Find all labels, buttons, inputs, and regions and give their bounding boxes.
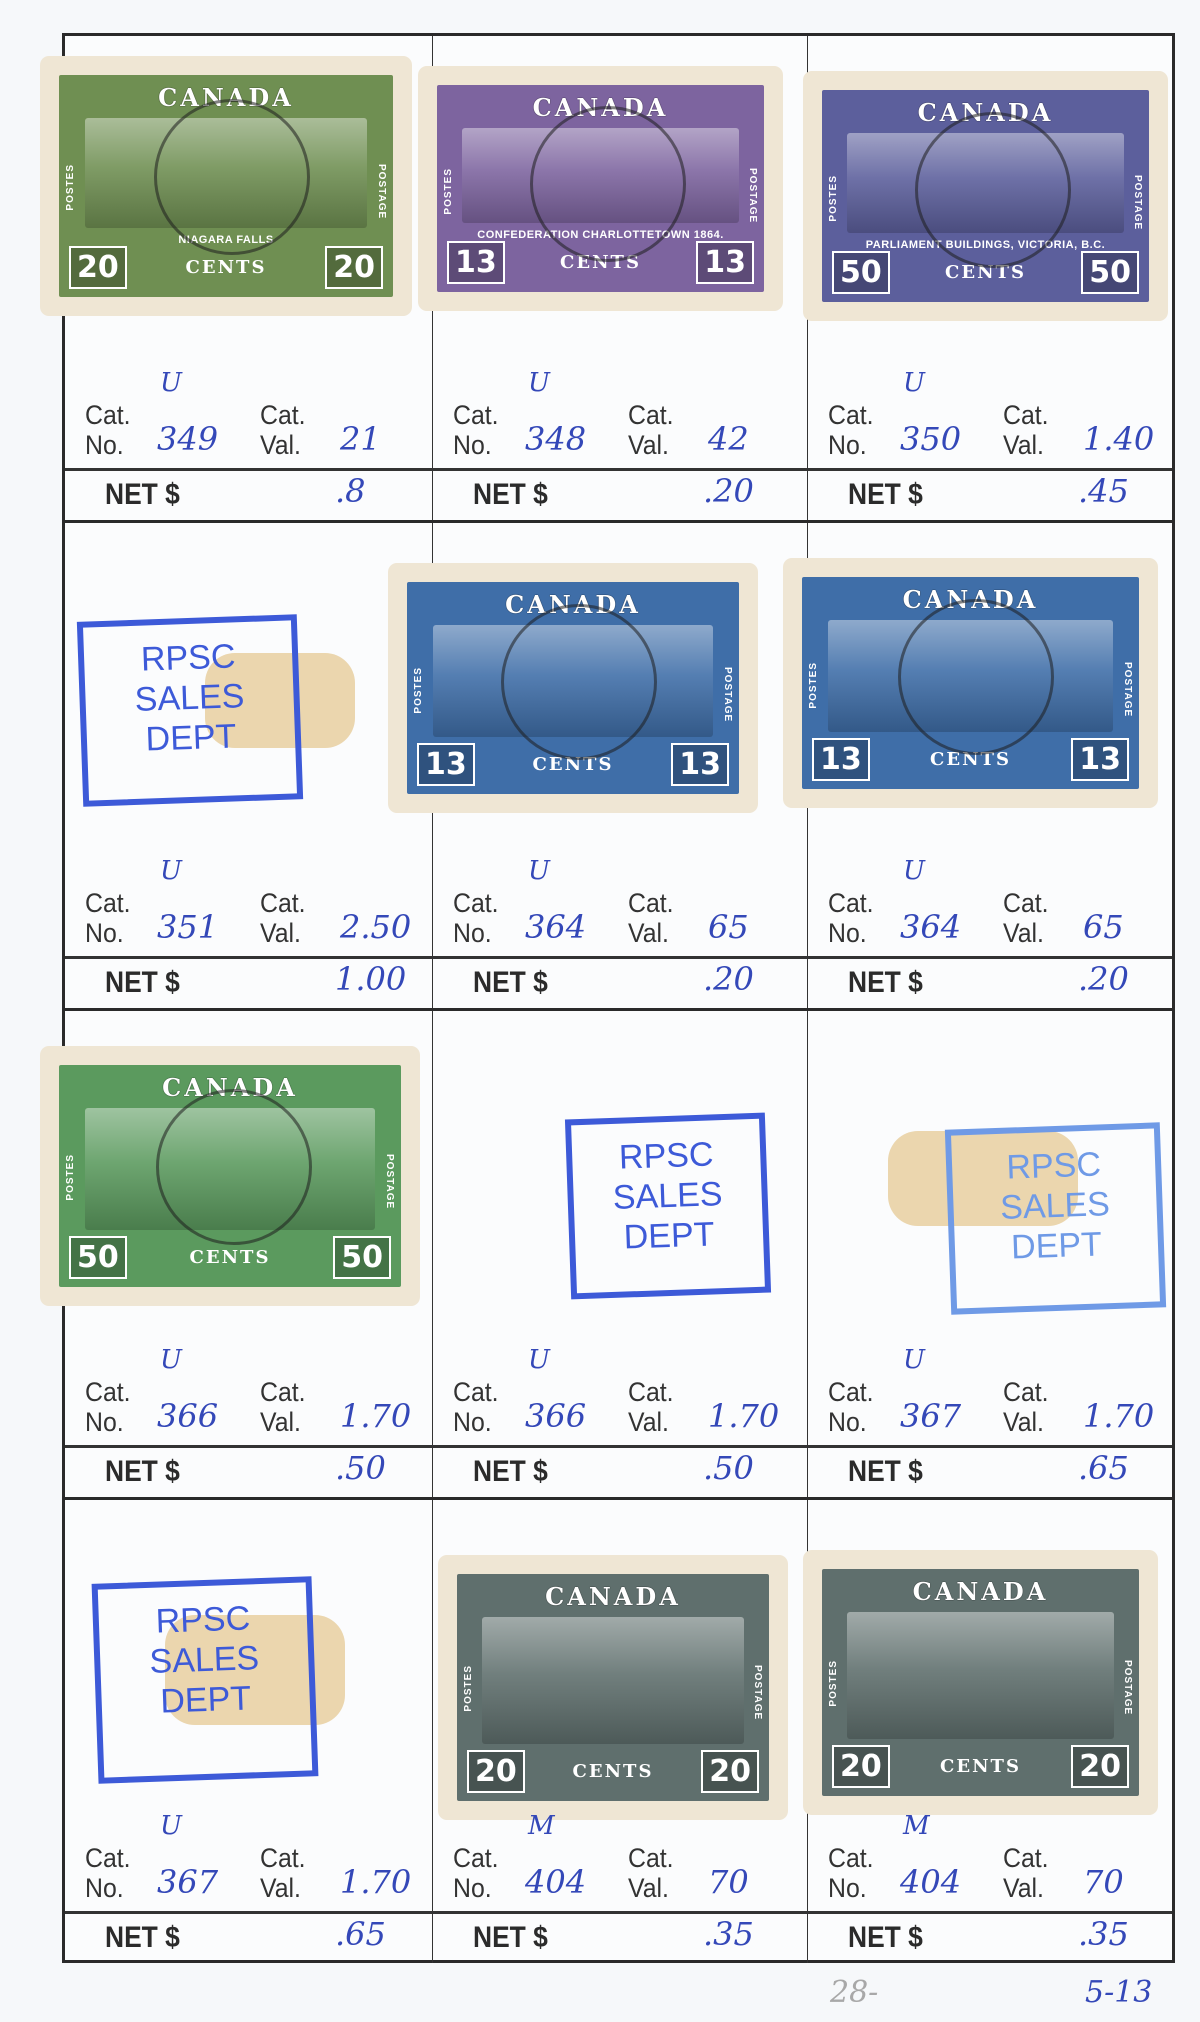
cat-val-value: 1.40 bbox=[1083, 422, 1154, 456]
condition-mark: U bbox=[528, 366, 550, 400]
sheet-row: CANADA NIAGARA FALLS 20 CENTS 20 POSTES … bbox=[65, 36, 1172, 523]
catalog-info: M Cat.No. 404 Cat.Val. 70 NET $ .35 bbox=[433, 1813, 807, 1963]
cat-no-value: 350 bbox=[900, 422, 961, 456]
catalog-info: M Cat.No. 404 Cat.Val. 70 NET $ .35 bbox=[808, 1813, 1172, 1963]
stamp-slot[interactable]: RPSC SALES DEPT U Cat.No. 367 Cat.Val. 1… bbox=[808, 1011, 1172, 1497]
rpsc-sales-dept-stamp: RPSC SALES DEPT bbox=[565, 1113, 771, 1300]
stamp-denomination: 50 bbox=[832, 251, 890, 294]
catalog-info: U Cat.No. 348 Cat.Val. 42 NET $ .20 bbox=[433, 370, 807, 520]
cat-no-label: Cat.No. bbox=[828, 1843, 874, 1903]
cat-val-label: Cat.Val. bbox=[628, 1377, 674, 1437]
cat-val-label: Cat.Val. bbox=[628, 1843, 674, 1903]
stamp-denomination: 20 bbox=[467, 1750, 525, 1793]
cat-val-value: 70 bbox=[708, 1865, 749, 1899]
condition-mark: U bbox=[903, 854, 925, 888]
catalog-line: U Cat.No. 364 Cat.Val. 65 bbox=[433, 858, 807, 959]
postage-stamp[interactable]: CANADA 50 CENTS 50 POSTES POSTAGE bbox=[45, 1051, 415, 1301]
stamp-slot[interactable]: CANADA CONFEDERATION CHARLOTTETOWN 1864.… bbox=[433, 36, 808, 520]
stamp-denomination: 13 bbox=[671, 743, 729, 786]
stamp-side-postage: POSTAGE bbox=[384, 1154, 395, 1209]
cat-val-value: 21 bbox=[340, 422, 381, 456]
sales-stamp-line: DEPT bbox=[121, 1677, 290, 1723]
catalog-line: U Cat.No. 366 Cat.Val. 1.70 bbox=[65, 1347, 432, 1448]
condition-mark: U bbox=[160, 366, 182, 400]
cat-val-label: Cat.Val. bbox=[260, 400, 306, 460]
net-price-value: .35 bbox=[703, 1917, 754, 1951]
cat-no-label: Cat.No. bbox=[453, 888, 499, 948]
postage-stamp[interactable]: CANADA 20 CENTS 20 POSTES POSTAGE bbox=[808, 1555, 1153, 1810]
stamp-side-postes: POSTES bbox=[828, 1660, 839, 1707]
cat-no-value: 404 bbox=[900, 1865, 961, 1899]
postage-stamp[interactable]: CANADA 13 CENTS 13 POSTES POSTAGE bbox=[788, 563, 1153, 803]
cat-no-label: Cat.No. bbox=[85, 1377, 131, 1437]
net-price-label: NET $ bbox=[105, 478, 180, 512]
sales-stamp-line: DEPT bbox=[974, 1223, 1138, 1269]
catalog-line: U Cat.No. 348 Cat.Val. 42 bbox=[433, 370, 807, 471]
cat-val-label: Cat.Val. bbox=[260, 888, 306, 948]
cat-val-value: 1.70 bbox=[340, 1865, 411, 1899]
net-price-value: .35 bbox=[1078, 1917, 1129, 1951]
catalog-line: U Cat.No. 351 Cat.Val. 2.50 bbox=[65, 858, 432, 959]
cat-val-value: 1.70 bbox=[340, 1399, 411, 1433]
sales-stamp-line: DEPT bbox=[106, 715, 275, 761]
stamp-side-postage: POSTAGE bbox=[1122, 1660, 1133, 1715]
stamp-side-postage: POSTAGE bbox=[752, 1665, 763, 1720]
condition-mark: U bbox=[160, 854, 182, 888]
stamp-denomination: 13 bbox=[1071, 738, 1129, 781]
catalog-line: M Cat.No. 404 Cat.Val. 70 bbox=[808, 1813, 1172, 1914]
postage-stamp[interactable]: CANADA NIAGARA FALLS 20 CENTS 20 POSTES … bbox=[45, 61, 407, 311]
net-price-label: NET $ bbox=[848, 1455, 923, 1489]
stamp-slot[interactable]: RPSC SALES DEPT U Cat.No. 351 Cat.Val. 2… bbox=[65, 523, 433, 1008]
cat-val-value: 65 bbox=[708, 910, 749, 944]
stamp-slot[interactable]: CANADA PARLIAMENT BUILDINGS, VICTORIA, B… bbox=[808, 36, 1172, 520]
stamp-slot[interactable]: RPSC SALES DEPT U Cat.No. 366 Cat.Val. 1… bbox=[433, 1011, 808, 1497]
cat-no-label: Cat.No. bbox=[85, 400, 131, 460]
cat-no-value: 364 bbox=[900, 910, 961, 944]
stamp-country: CANADA bbox=[913, 1577, 1049, 1606]
stamp-country: CANADA bbox=[545, 1582, 681, 1611]
stamp-cents: CENTS bbox=[940, 1756, 1021, 1777]
stamp-side-postes: POSTES bbox=[828, 175, 839, 222]
stamp-slot[interactable]: CANADA 50 CENTS 50 POSTES POSTAGE bbox=[65, 1011, 433, 1497]
cat-val-value: 1.70 bbox=[708, 1399, 779, 1433]
sales-stamp-line: SALES bbox=[105, 675, 274, 721]
condition-mark: M bbox=[903, 1809, 930, 1843]
postmark-cancel bbox=[156, 1089, 312, 1245]
net-price-label: NET $ bbox=[848, 1921, 923, 1955]
net-price-value: .8 bbox=[335, 474, 366, 508]
cat-val-label: Cat.Val. bbox=[260, 1377, 306, 1437]
net-price-value: .45 bbox=[1078, 474, 1129, 508]
stamp-denomination: 50 bbox=[1081, 251, 1139, 294]
sales-stamp-line: RPSC bbox=[104, 635, 273, 681]
postage-stamp[interactable]: CANADA 20 CENTS 20 POSTES POSTAGE bbox=[443, 1560, 783, 1815]
stamp-side-postes: POSTES bbox=[65, 1154, 76, 1201]
cat-val-value: 70 bbox=[1083, 1865, 1124, 1899]
stamp-denomination: 20 bbox=[69, 246, 127, 289]
stamp-side-postage: POSTAGE bbox=[376, 164, 387, 219]
stamp-denomination: 50 bbox=[69, 1236, 127, 1279]
postage-stamp[interactable]: CANADA 13 CENTS 13 POSTES POSTAGE bbox=[393, 568, 753, 808]
stamp-side-postes: POSTES bbox=[808, 662, 819, 709]
sales-stamp-line: DEPT bbox=[594, 1213, 743, 1258]
catalog-info: U Cat.No. 350 Cat.Val. 1.40 NET $ .45 bbox=[808, 370, 1172, 520]
catalog-line: U Cat.No. 349 Cat.Val. 21 bbox=[65, 370, 432, 471]
stamp-cents: CENTS bbox=[190, 1247, 271, 1268]
cat-no-label: Cat.No. bbox=[85, 888, 131, 948]
catalog-line: U Cat.No. 364 Cat.Val. 65 bbox=[808, 858, 1172, 959]
net-price-label: NET $ bbox=[473, 1921, 548, 1955]
postage-stamp[interactable]: CANADA PARLIAMENT BUILDINGS, VICTORIA, B… bbox=[808, 76, 1163, 316]
catalog-info: U Cat.No. 349 Cat.Val. 21 NET $ .8 bbox=[65, 370, 432, 520]
stamp-denomination: 20 bbox=[701, 1750, 759, 1793]
stamp-denomination: 50 bbox=[333, 1236, 391, 1279]
net-price-value: .20 bbox=[703, 962, 754, 996]
catalog-info: U Cat.No. 367 Cat.Val. 1.70 NET $ .65 bbox=[65, 1813, 432, 1963]
net-price-value: .20 bbox=[703, 474, 754, 508]
catalog-line: M Cat.No. 404 Cat.Val. 70 bbox=[433, 1813, 807, 1914]
sheet-row: RPSC SALES DEPT U Cat.No. 351 Cat.Val. 2… bbox=[65, 523, 1172, 1011]
stamp-slot[interactable]: CANADA 13 CENTS 13 POSTES POSTAGE bbox=[808, 523, 1172, 1008]
stamp-cents: CENTS bbox=[573, 1761, 654, 1782]
condition-mark: U bbox=[160, 1809, 182, 1843]
stamp-side-postage: POSTAGE bbox=[1122, 662, 1133, 717]
rpsc-sales-dept-stamp: RPSC SALES DEPT bbox=[945, 1122, 1166, 1314]
condition-mark: M bbox=[528, 1809, 555, 1843]
rpsc-sales-dept-stamp: RPSC SALES DEPT bbox=[77, 614, 303, 807]
stamp-approval-sheet: CANADA NIAGARA FALLS 20 CENTS 20 POSTES … bbox=[62, 33, 1175, 1963]
stamp-denomination: 13 bbox=[696, 241, 754, 284]
net-price-label: NET $ bbox=[473, 1455, 548, 1489]
cat-no-label: Cat.No. bbox=[828, 888, 874, 948]
cat-val-label: Cat.Val. bbox=[1003, 400, 1049, 460]
stamp-denomination: 13 bbox=[417, 743, 475, 786]
stamp-side-postes: POSTES bbox=[65, 164, 76, 211]
stamp-side-postage: POSTAGE bbox=[747, 168, 758, 223]
stamp-side-postage: POSTAGE bbox=[1132, 175, 1143, 230]
cat-no-label: Cat.No. bbox=[828, 1377, 874, 1437]
cat-val-label: Cat.Val. bbox=[260, 1843, 306, 1903]
cat-val-value: 65 bbox=[1083, 910, 1124, 944]
condition-mark: U bbox=[528, 1343, 550, 1377]
condition-mark: U bbox=[528, 854, 550, 888]
catalog-info: U Cat.No. 364 Cat.Val. 65 NET $ .20 bbox=[808, 858, 1172, 1008]
cat-no-label: Cat.No. bbox=[453, 400, 499, 460]
stamp-cents: CENTS bbox=[186, 257, 267, 278]
cat-no-value: 366 bbox=[157, 1399, 218, 1433]
sales-stamp-line: SALES bbox=[593, 1173, 742, 1218]
stamp-denomination: 20 bbox=[1071, 1745, 1129, 1788]
cat-no-value: 367 bbox=[157, 1865, 218, 1899]
cat-val-label: Cat.Val. bbox=[628, 888, 674, 948]
sheet-row: RPSC SALES DEPT U Cat.No. 367 Cat.Val. 1… bbox=[65, 1500, 1172, 1963]
cat-no-label: Cat.No. bbox=[828, 400, 874, 460]
cat-no-value: 404 bbox=[525, 1865, 586, 1899]
net-price-value: .50 bbox=[335, 1451, 386, 1485]
catalog-info: U Cat.No. 367 Cat.Val. 1.70 NET $ .65 bbox=[808, 1347, 1172, 1497]
sales-stamp-line: RPSC bbox=[972, 1143, 1136, 1189]
cat-no-value: 364 bbox=[525, 910, 586, 944]
net-price-value: .65 bbox=[1078, 1451, 1129, 1485]
sales-stamp-line: SALES bbox=[973, 1183, 1137, 1229]
sheet-row: CANADA 50 CENTS 50 POSTES POSTAGE bbox=[65, 1011, 1172, 1500]
net-price-label: NET $ bbox=[473, 966, 548, 1000]
sales-stamp-line: RPSC bbox=[592, 1133, 741, 1178]
stamp-side-postes: POSTES bbox=[443, 168, 454, 215]
condition-mark: U bbox=[903, 1343, 925, 1377]
sales-stamp-line: RPSC bbox=[118, 1597, 287, 1643]
cat-no-value: 349 bbox=[157, 422, 218, 456]
stamp-side-postage: POSTAGE bbox=[722, 667, 733, 722]
net-price-value: 1.00 bbox=[335, 962, 406, 996]
catalog-line: U Cat.No. 366 Cat.Val. 1.70 bbox=[433, 1347, 807, 1448]
net-price-value: .20 bbox=[1078, 962, 1129, 996]
condition-mark: U bbox=[160, 1343, 182, 1377]
postmark-cancel bbox=[915, 112, 1071, 268]
net-price-label: NET $ bbox=[848, 478, 923, 512]
catalog-line: U Cat.No. 367 Cat.Val. 1.70 bbox=[808, 1347, 1172, 1448]
stamp-slot[interactable]: CANADA 20 CENTS 20 POSTES POSTAGE bbox=[433, 1500, 808, 1963]
stamp-denomination: 13 bbox=[447, 241, 505, 284]
catalog-line: U Cat.No. 367 Cat.Val. 1.70 bbox=[65, 1813, 432, 1914]
stamp-denomination: 20 bbox=[325, 246, 383, 289]
sales-stamp-line: SALES bbox=[120, 1637, 289, 1683]
rpsc-sales-dept-stamp: RPSC SALES DEPT bbox=[92, 1576, 319, 1784]
postmark-cancel bbox=[154, 99, 310, 255]
footer-note-pencil: 28- bbox=[830, 1975, 878, 2010]
cat-val-value: 1.70 bbox=[1083, 1399, 1154, 1433]
condition-mark: U bbox=[903, 366, 925, 400]
cat-no-label: Cat.No. bbox=[85, 1843, 131, 1903]
cat-no-value: 348 bbox=[525, 422, 586, 456]
net-price-label: NET $ bbox=[473, 478, 548, 512]
stamp-slot[interactable]: RPSC SALES DEPT U Cat.No. 367 Cat.Val. 1… bbox=[65, 1500, 433, 1963]
cat-no-label: Cat.No. bbox=[453, 1843, 499, 1903]
cat-val-label: Cat.Val. bbox=[628, 400, 674, 460]
catalog-info: U Cat.No. 366 Cat.Val. 1.70 NET $ .50 bbox=[433, 1347, 807, 1497]
cat-no-value: 351 bbox=[157, 910, 218, 944]
catalog-line: U Cat.No. 350 Cat.Val. 1.40 bbox=[808, 370, 1172, 471]
stamp-side-postes: POSTES bbox=[413, 667, 424, 714]
cat-val-label: Cat.Val. bbox=[1003, 1843, 1049, 1903]
cat-val-value: 42 bbox=[708, 422, 749, 456]
net-price-value: .65 bbox=[335, 1917, 386, 1951]
stamp-slot[interactable]: CANADA NIAGARA FALLS 20 CENTS 20 POSTES … bbox=[65, 36, 433, 520]
net-price-label: NET $ bbox=[105, 1921, 180, 1955]
net-price-value: .50 bbox=[703, 1451, 754, 1485]
cat-no-label: Cat.No. bbox=[453, 1377, 499, 1437]
catalog-info: U Cat.No. 366 Cat.Val. 1.70 NET $ .50 bbox=[65, 1347, 432, 1497]
cat-no-value: 367 bbox=[900, 1399, 961, 1433]
postmark-cancel bbox=[898, 599, 1054, 755]
stamp-denomination: 20 bbox=[832, 1745, 890, 1788]
net-price-label: NET $ bbox=[105, 966, 180, 1000]
cat-no-value: 366 bbox=[525, 1399, 586, 1433]
stamp-denomination: 13 bbox=[812, 738, 870, 781]
cat-val-label: Cat.Val. bbox=[1003, 1377, 1049, 1437]
postmark-cancel bbox=[530, 106, 686, 262]
footer-note-ink: 5-13 bbox=[1085, 1975, 1152, 2010]
postage-stamp[interactable]: CANADA CONFEDERATION CHARLOTTETOWN 1864.… bbox=[423, 71, 778, 306]
cat-val-value: 2.50 bbox=[340, 910, 411, 944]
net-price-label: NET $ bbox=[105, 1455, 180, 1489]
catalog-info: U Cat.No. 364 Cat.Val. 65 NET $ .20 bbox=[433, 858, 807, 1008]
stamp-slot[interactable]: CANADA 13 CENTS 13 POSTES POSTAGE bbox=[433, 523, 808, 1008]
catalog-info: U Cat.No. 351 Cat.Val. 2.50 NET $ 1.00 bbox=[65, 858, 432, 1008]
stamp-side-postes: POSTES bbox=[463, 1665, 474, 1712]
net-price-label: NET $ bbox=[848, 966, 923, 1000]
postmark-cancel bbox=[501, 604, 657, 760]
cat-val-label: Cat.Val. bbox=[1003, 888, 1049, 948]
stamp-slot[interactable]: CANADA 20 CENTS 20 POSTES POSTAGE bbox=[808, 1500, 1172, 1963]
